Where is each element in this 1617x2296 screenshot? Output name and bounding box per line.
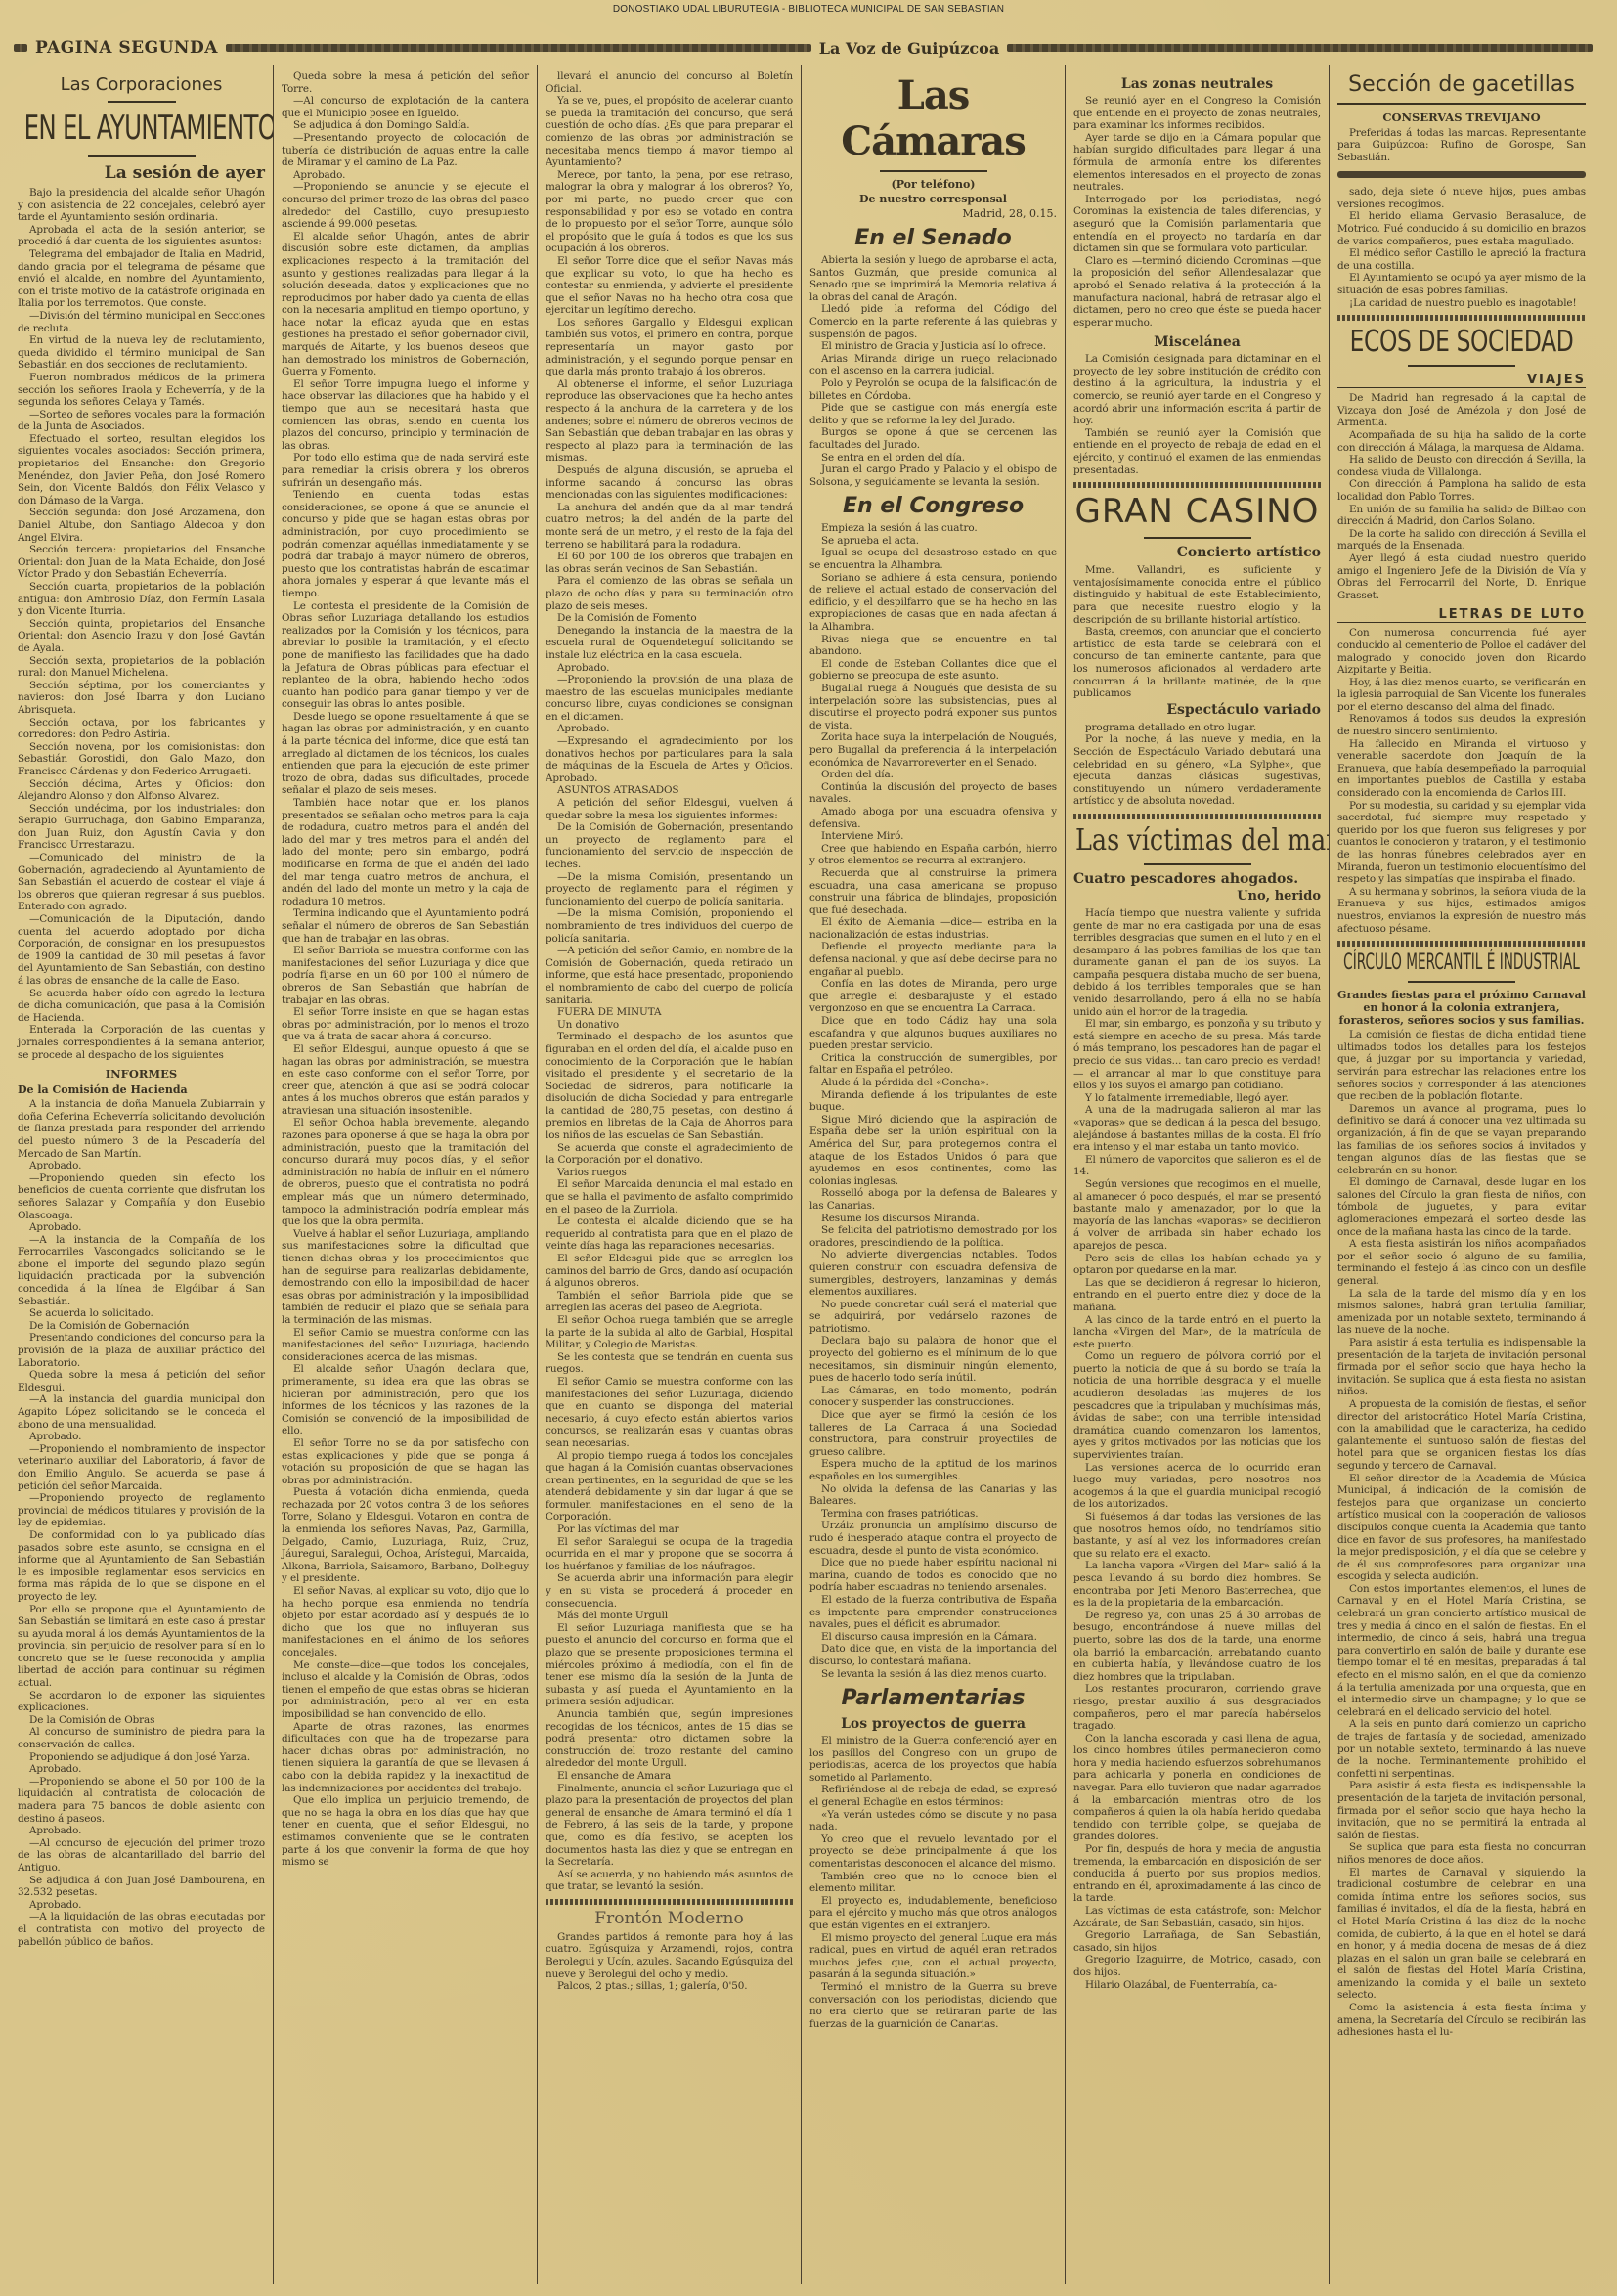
paragraph: Hoy, á las diez menos cuarto, se verific…	[1337, 677, 1586, 714]
paragraph: Como la asistencia á esta fiesta íntima …	[1337, 2002, 1586, 2039]
paragraph: —Comunicado del ministro de la Gobernaci…	[18, 852, 265, 913]
gacetillas-title: Sección de gacetillas	[1337, 72, 1586, 97]
headline-ayuntamiento: EN EL AYUNTAMIENTO	[24, 107, 259, 150]
paragraph: De la Comisión de Fomento	[546, 612, 793, 625]
paragraph: Bajo la presidencia del alcalde señor Uh…	[18, 187, 265, 224]
congreso-title: En el Congreso	[809, 494, 1057, 518]
paragraph: El señor Luzuriaga manifiesta que se ha …	[546, 1622, 793, 1708]
paragraph: El ministro de la Guerra conferenció aye…	[809, 1735, 1057, 1784]
paragraph: ASUNTOS ATRASADOS	[546, 784, 793, 797]
paragraph: A una de la madrugada salieron al mar la…	[1073, 1104, 1321, 1153]
paragraph: El alcalde señor Uhagón, antes de abrir …	[282, 231, 529, 378]
newspaper-name: La Voz de Guipúzcoa	[819, 39, 999, 58]
paragraph: Miranda defiende á los tripulantes de es…	[809, 1089, 1057, 1114]
article-body: Con numerosa concurrencia fué ayer condu…	[1337, 627, 1586, 935]
concierto-title: Concierto artístico	[1073, 545, 1321, 560]
paragraph: Sección séptima, por los comerciantes y …	[18, 680, 265, 717]
article-body: llevará el anuncio del concurso al Bolet…	[546, 70, 793, 1893]
paragraph: Ya se ve, pues, el propósito de acelerar…	[546, 95, 793, 169]
paragraph: De regreso ya, con unas 25 á 30 arrobas …	[1073, 1610, 1321, 1684]
paragraph: El alcalde señor Uhagón declara que, pri…	[282, 1363, 529, 1437]
paragraph: —Sorteo de señores vocales para la forma…	[18, 409, 265, 433]
paragraph: Se les contesta que se tendrán en cuenta…	[546, 1351, 793, 1376]
senado-title: En el Senado	[809, 226, 1057, 250]
article-body: Queda sobre la mesa á petición del señor…	[282, 70, 529, 1869]
paragraph: También creo que no lo conoce bien el el…	[809, 1871, 1057, 1895]
divider	[1408, 365, 1515, 367]
paragraph: Recuerda que al construirse la primera e…	[809, 867, 1057, 916]
paragraph: Telegrama del embajador de Italia en Mad…	[18, 248, 265, 310]
paragraph: Ayer tarde se dijo en la Cámara popular …	[1073, 132, 1321, 194]
paragraph: A la instancia de doña Manuela Zubiarrai…	[18, 1098, 265, 1160]
paragraph: Las Cámaras, en todo momento, podrán con…	[809, 1385, 1057, 1409]
paragraph: El señor Torre insiste en que se hagan e…	[282, 1006, 529, 1043]
paragraph: Critica la construcción de sumergibles, …	[809, 1052, 1057, 1077]
parlamentarias-subhead: Los proyectos de guerra	[809, 1716, 1057, 1732]
paragraph: Soriano se adhiere á esta censura, ponie…	[809, 572, 1057, 634]
paragraph: Se levanta la sesión á las diez menos cu…	[809, 1668, 1057, 1681]
paragraph: Sección décima, Artes y Oficios: don Ale…	[18, 778, 265, 803]
paragraph: Sección octava, por los fabricantes y co…	[18, 717, 265, 741]
paragraph: Se acuerda haber oído con agrado la lect…	[18, 988, 265, 1025]
zonas-title: Las zonas neutrales	[1073, 76, 1321, 92]
paragraph: Según versiones que recogimos en el muel…	[1073, 1178, 1321, 1253]
paragraph: FUERA DE MINUTA	[546, 1006, 793, 1019]
paragraph: De la Comisión de Gobernación	[18, 1320, 265, 1333]
column-3: llevará el anuncio del concurso al Bolet…	[538, 65, 802, 2284]
paragraph: Que ello implica un perjuicio tremendo, …	[282, 1794, 529, 1869]
paragraph: Varios ruegos	[546, 1167, 793, 1179]
paragraph: Defiende el proyecto mediante para la de…	[809, 941, 1057, 978]
paragraph: «Ya verán ustedes cómo se discute y no p…	[809, 1809, 1057, 1833]
masthead: PAGINA SEGUNDA La Voz de Guipúzcoa	[14, 37, 1593, 59]
paragraph: Mme. Vallandri, es suficiente y ventajos…	[1073, 564, 1321, 626]
paragraph: Enterada la Corporación de las cuentas y…	[18, 1024, 265, 1061]
paragraph: Sección segunda: don José Arozamena, don…	[18, 507, 265, 544]
paragraph: El señor Camio se muestra conforme con l…	[282, 1327, 529, 1364]
paragraph: El señor Navas, al explicar su voto, dij…	[282, 1585, 529, 1659]
luto-title: LETRAS DE LUTO	[1337, 607, 1586, 623]
wavy-divider	[1073, 482, 1321, 488]
paragraph: Dice que ayer se firmó la cesión de los …	[809, 1409, 1057, 1458]
paragraph: Con dirección á Pamplona ha salido de es…	[1337, 478, 1586, 503]
article-body: La comisión de fiestas de dicha entidad …	[1337, 1029, 1586, 2039]
paragraph: La sala de la tarde del mismo día y en l…	[1337, 1288, 1586, 1337]
paragraph: programa detallado en otro lugar.	[1073, 722, 1321, 734]
paragraph: A las cinco de la tarde entró en el puer…	[1073, 1314, 1321, 1351]
paragraph: Cree que habiendo en España carbón, hier…	[809, 843, 1057, 867]
paragraph: El domingo de Carnaval, desde lugar en l…	[1337, 1176, 1586, 1238]
paragraph: En unión de su familia ha salido de Bilb…	[1337, 504, 1586, 528]
divider	[88, 155, 196, 157]
paragraph: A esta fiesta asistirán los niños acompa…	[1337, 1238, 1586, 1287]
paragraph: Aprobado.	[18, 1160, 265, 1172]
paragraph: Aprobada el acta de la sesión anterior, …	[18, 224, 265, 248]
article-body: Bajo la presidencia del alcalde señor Uh…	[18, 187, 265, 1061]
column-6: Sección de gacetillas CONSERVAS TREVIJAN…	[1330, 65, 1594, 2284]
paragraph: Después de alguna discusión, se aprueba …	[546, 464, 793, 502]
paragraph: Termina con frases patrióticas.	[809, 1508, 1057, 1521]
paragraph: A la seis en punto dará comienzo un capr…	[1337, 1718, 1586, 1780]
paragraph: Se adjudica á don Domingo Saldía.	[282, 119, 529, 132]
paragraph: Zorita hace suya la interpelación de Nou…	[809, 731, 1057, 769]
article-body: Mme. Vallandri, es suficiente y ventajos…	[1073, 564, 1321, 700]
paragraph: Basta, creemos, con anunciar que el conc…	[1073, 626, 1321, 700]
thick-divider	[1337, 171, 1586, 178]
paragraph: Espera mucho de la aptitud de los marino…	[809, 1458, 1057, 1482]
article-body: La Comisión designada para dictaminar en…	[1073, 353, 1321, 476]
paragraph: Bugallal ruega á Nougués que desista de …	[809, 683, 1057, 731]
paragraph: De la corte ha salido con dirección á Se…	[1337, 528, 1586, 552]
paragraph: Presentando condiciones del concurso par…	[18, 1332, 265, 1369]
paragraph: llevará el anuncio del concurso al Bolet…	[546, 70, 793, 95]
paragraph: Denegando la instancia de la maestra de …	[546, 625, 793, 662]
paragraph: Con estos importantes elementos, el lune…	[1337, 1583, 1586, 1719]
paragraph: Se entra en el orden del día.	[809, 452, 1057, 464]
paragraph: Las víctimas de esta catástrofe, son: Me…	[1073, 1905, 1321, 1929]
paragraph: Con la lancha escorada y casi llena de a…	[1073, 1733, 1321, 1843]
paragraph: Para asistir á esta fiesta es indispensa…	[1337, 1780, 1586, 1841]
paragraph: Sección tercera: propietarios del Ensanc…	[18, 544, 265, 581]
paragraph: Rivas niega que se encuentre en tal aban…	[809, 634, 1057, 658]
paragraph: —Proponiendo queden sin efecto los benef…	[18, 1172, 265, 1221]
paragraph: Termina indicando que el Ayuntamiento po…	[282, 907, 529, 945]
paragraph: Aprobado.	[546, 723, 793, 735]
paragraph: Confía en las dotes de Miranda, pero urg…	[809, 978, 1057, 1015]
paragraph: —De la misma Comisión, presentando un pr…	[546, 871, 793, 908]
paragraph: Claro es —terminó diciendo Corominas —qu…	[1073, 255, 1321, 330]
fronton-title: Frontón Moderno	[546, 1909, 793, 1928]
paragraph: Yo creo que el revuelo levantado por el …	[809, 1833, 1057, 1871]
paragraph: —De la misma Comisión, proponiendo el no…	[546, 907, 793, 945]
paragraph: Se acuerda que conste el agradecimiento …	[546, 1142, 793, 1167]
paragraph: Renovamos á todos sus deudos la expresió…	[1337, 713, 1586, 737]
paragraph: Las que se decidieron á regresar lo hici…	[1073, 1277, 1321, 1314]
paragraph: La anchura del andén que da al mar tendr…	[546, 502, 793, 551]
paragraph: El señor Ochoa habla brevemente, alegand…	[282, 1117, 529, 1227]
column-5: Las zonas neutrales Se reunió ayer en el…	[1066, 65, 1330, 2284]
paragraph: Proponiendo se adjudique á don José Yarz…	[18, 1751, 265, 1764]
paragraph: El señor Torre no se da por satisfecho c…	[282, 1437, 529, 1486]
paragraph: El conde de Esteban Collantes dice que e…	[809, 658, 1057, 683]
paragraph: Gregorio Larrañaga, de San Sebastián, ca…	[1073, 1929, 1321, 1954]
paragraph: Por todo ello estima que de nada servirá…	[282, 452, 529, 489]
circulo-title: CÍRCULO MERCANTIL É INDUSTRIAL	[1342, 950, 1581, 975]
paragraph: Abierta la sesión y luego de aprobarse e…	[809, 254, 1057, 303]
paragraph: Fueron nombrados médicos de la primera s…	[18, 372, 265, 409]
paragraph: El proyecto es, indudablemente, benefici…	[809, 1895, 1057, 1932]
divider	[1408, 981, 1515, 983]
paragraph: Los señores Gargallo y Eldesgui explican…	[546, 317, 793, 378]
paragraph: Teniendo en cuenta todas estas considera…	[282, 489, 529, 599]
paragraph: Se suplica que para esta fiesta no concu…	[1337, 1841, 1586, 1866]
paragraph: Sección quinta, propietarios del Ensanch…	[18, 618, 265, 655]
paragraph: Más del monte Urgull	[546, 1610, 793, 1622]
paragraph: Se acuerda lo solicitado.	[18, 1307, 265, 1320]
paragraph: La Comisión designada para dictaminar en…	[1073, 353, 1321, 427]
paragraph: Las versiones acerca de lo ocurrido eran…	[1073, 1462, 1321, 1511]
article-body: programa detallado en otro lugar.Por la …	[1073, 722, 1321, 808]
paragraph: Aprobado.	[18, 1763, 265, 1776]
masthead-rule	[14, 44, 27, 52]
paragraph: El ministro de Gracia y Justicia así lo …	[809, 340, 1057, 353]
paragraph: Por la noche, á las nueve y media, en la…	[1073, 733, 1321, 808]
paragraph: Se acuerda abrir una información para el…	[546, 1572, 793, 1610]
paragraph: No puede concretar cuál será el material…	[809, 1299, 1057, 1336]
paragraph: Finalmente, anuncia el señor Luzuriaga q…	[546, 1783, 793, 1869]
paragraph: Urzáiz pronuncia un amplísimo discurso d…	[809, 1520, 1057, 1557]
victimas-subhead-2: Uno, herido	[1073, 889, 1321, 904]
paragraph: Vuelve á hablar el señor Luzuriaga, ampl…	[282, 1228, 529, 1327]
paragraph: Sigue Miró diciendo que la aspiración de…	[809, 1114, 1057, 1188]
paragraph: Terminado el despacho de los asuntos que…	[546, 1031, 793, 1141]
paragraph: El señor Torre dice que el señor Navas m…	[546, 255, 793, 317]
paragraph: El señor Camio se muestra conforme con l…	[546, 1376, 793, 1450]
paragraph: También el señor Barriola pide que se ar…	[546, 1290, 793, 1314]
paragraph: —Al concurso de explotación de la canter…	[282, 95, 529, 119]
paragraph: Al concurso de suministro de piedra para…	[18, 1726, 265, 1750]
paragraph: El Ayuntamiento se ocupó ya ayer mismo d…	[1337, 272, 1586, 296]
paragraph: El mar, sin embargo, es ponzoña y su tri…	[1073, 1018, 1321, 1092]
paragraph: El 60 por 100 de los obreros que trabaje…	[546, 551, 793, 575]
wavy-divider	[1337, 315, 1586, 321]
paragraph: Ayer llegó á esta ciudad nuestro querido…	[1337, 552, 1586, 601]
paragraph: De Madrid han regresado á la capital de …	[1337, 392, 1586, 429]
paragraph: Se aprueba el acta.	[809, 535, 1057, 548]
paragraph: El señor director de la Academia de Músi…	[1337, 1473, 1586, 1583]
paragraph: Un donativo	[546, 1019, 793, 1032]
paragraph: Aprobado.	[18, 1431, 265, 1443]
paragraph: Continúa la discusión del proyecto de ba…	[809, 781, 1057, 806]
paragraph: —Comunicación de la Diputación, dando cu…	[18, 913, 265, 988]
paragraph: —Proponiendo se abone el 50 por 100 de l…	[18, 1776, 265, 1825]
paragraph: Declara bajo su palabra de honor que el …	[809, 1335, 1057, 1384]
article-body: Empieza la sesión á las cuatro.Se aprueb…	[809, 522, 1057, 1680]
paragraph: Queda sobre la mesa á petición del señor…	[282, 70, 529, 95]
miscelanea-title: Miscelánea	[1073, 334, 1321, 350]
paragraph: Ha salido de Deusto con dirección á Sevi…	[1337, 454, 1586, 478]
paragraph: Amado aboga por una escuadra ofensiva y …	[809, 806, 1057, 830]
article-body: De Madrid han regresado á la capital de …	[1337, 392, 1586, 601]
paragraph: Pide que se castigue con más energía est…	[809, 402, 1057, 426]
article-body: Hacía tiempo que nuestra valiente y sufr…	[1073, 907, 1321, 1991]
paragraph: No advierte divergencias notables. Todos…	[809, 1249, 1057, 1298]
paragraph: Aprobado.	[546, 662, 793, 675]
ad-text: Preferidas á todas las marcas. Represent…	[1337, 127, 1586, 164]
paragraph: —Presentando proyecto de colocación de t…	[282, 132, 529, 169]
divider	[1337, 103, 1586, 105]
paragraph: Para el comienzo de las obras se señala …	[546, 575, 793, 612]
paragraph: A propuesta de la comisión de fiestas, e…	[1337, 1398, 1586, 1473]
paragraph: El médico señor Castillo le apreció la f…	[1337, 247, 1586, 272]
article-body: El ministro de la Guerra conferenció aye…	[809, 1735, 1057, 2030]
por-telefono: (Por teléfono)	[809, 178, 1057, 191]
paragraph: ¡La caridad de nuestro pueblo es inagota…	[1337, 297, 1586, 310]
paragraph: Interrogado por los periodistas, negó Co…	[1073, 194, 1321, 255]
paragraph: —A la liquidación de las obras ejecutada…	[18, 1911, 265, 1948]
divider	[108, 101, 176, 103]
paragraph: Le contesta el presidente de la Comisión…	[282, 600, 529, 711]
paragraph: También hace notar que en los planos pre…	[282, 797, 529, 907]
paragraph: Burgos se opone á que se cercenen las fa…	[809, 426, 1057, 451]
section-kicker: Las Corporaciones	[18, 74, 265, 95]
paragraph: Daremos un avance al programa, pues lo d…	[1337, 1103, 1586, 1177]
page-label: PAGINA SEGUNDA	[35, 38, 218, 58]
paragraph: En virtud de la nueva ley de reclutamien…	[18, 334, 265, 372]
paragraph: Terminó el ministro de la Guerra su brev…	[809, 1981, 1057, 2030]
paragraph: Polo y Peyrolón se ocupa de la falsifica…	[809, 377, 1057, 402]
paragraph: Para asistir á esta tertulia es indispen…	[1337, 1337, 1586, 1398]
corresponsal: De nuestro corresponsal	[809, 193, 1057, 205]
paragraph: —Expresando el agradecimiento por los do…	[546, 735, 793, 784]
dateline: Madrid, 28, 0.15.	[809, 207, 1057, 220]
paragraph: Al obtenerse el informe, el señor Luzuri…	[546, 378, 793, 464]
divider	[880, 170, 987, 172]
paragraph: Se acordaron lo de exponer las siguiente…	[18, 1690, 265, 1714]
paragraph: Pero seis de ellas los habían echado ya …	[1073, 1253, 1321, 1277]
paragraph: Palcos, 2 ptas.; sillas, 1; galería, 0'5…	[546, 1980, 793, 1993]
paragraph: De la Comisión de Obras	[18, 1714, 265, 1727]
paragraph: El mismo proyecto del general Luque era …	[809, 1932, 1057, 1981]
paragraph: La lancha vapora «Virgen del Mar» salió …	[1073, 1560, 1321, 1609]
paragraph: Juran el cargo Prado y Palacio y el obis…	[809, 464, 1057, 488]
paragraph: Con numerosa concurrencia fué ayer condu…	[1337, 627, 1586, 676]
paragraph: Grandes partidos á remonte para hoy á la…	[546, 1931, 793, 1980]
paragraph: Interviene Miró.	[809, 830, 1057, 843]
paragraph: Aprobado.	[18, 1825, 265, 1837]
paragraph: Efectuado el sorteo, resultan elegidos l…	[18, 433, 265, 508]
paragraph: Puesta á votación dicha enmienda, queda …	[282, 1486, 529, 1585]
viajes-title: VIAJES	[1337, 373, 1586, 388]
paragraph: Orden del día.	[809, 769, 1057, 781]
headline-camaras: Las Cámaras	[809, 72, 1057, 164]
paragraph: Me conste—dice—que todos los concejales,…	[282, 1659, 529, 1721]
wavy-divider	[1337, 941, 1586, 947]
paragraph: El señor Marcaida denuncia el mal estado…	[546, 1178, 793, 1215]
paragraph: Se reunió ayer en el Congreso la Comisió…	[1073, 95, 1321, 132]
paragraph: Por fin, después de hora y media de angu…	[1073, 1843, 1321, 1905]
paragraph: El señor Ochoa ruega también que se arre…	[546, 1314, 793, 1351]
parlamentarias-title: Parlamentarias	[809, 1686, 1057, 1710]
article-body: A la instancia de doña Manuela Zubiarrai…	[18, 1098, 265, 1948]
paragraph: Por ello se propone que el Ayuntamiento …	[18, 1604, 265, 1690]
newspaper-page: Las Corporaciones EN EL AYUNTAMIENTO La …	[10, 65, 1594, 2284]
paragraph: Si fuésemos á dar todas las versiones de…	[1073, 1511, 1321, 1560]
wavy-divider	[546, 1899, 793, 1905]
paragraph: Merece, por tanto, la pena, por ese retr…	[546, 169, 793, 255]
circulo-subhead: Grandes fiestas para el próximo Carnaval…	[1337, 989, 1586, 1027]
paragraph: El señor Saralegui se ocupa de la traged…	[546, 1536, 793, 1573]
paragraph: —División del término municipal en Secci…	[18, 310, 265, 334]
paragraph: Le contesta el alcalde diciendo que se h…	[546, 1215, 793, 1253]
paragraph: Desde luego se opone resueltamente á que…	[282, 711, 529, 797]
masthead-rule	[226, 44, 811, 52]
paragraph: Como un reguero de pólvora corrió por el…	[1073, 1350, 1321, 1461]
paragraph: Queda sobre la mesa á petición del señor…	[18, 1369, 265, 1393]
hacienda-title: De la Comisión de Hacienda	[18, 1083, 265, 1096]
ad-title: CONSERVAS TREVIJANO	[1337, 110, 1586, 124]
paragraph: Aprobado.	[18, 1899, 265, 1912]
paragraph: De la Comisión de Gobernación, presentan…	[546, 821, 793, 870]
paragraph: Empieza la sesión á las cuatro.	[809, 522, 1057, 535]
paragraph: Por las víctimas del mar	[546, 1523, 793, 1536]
paragraph: Sección cuarta, propietarios de la pobla…	[18, 581, 265, 618]
paragraph: El señor Barriola se muestra conforme co…	[282, 945, 529, 1006]
paragraph: Hacía tiempo que nuestra valiente y sufr…	[1073, 907, 1321, 1018]
paragraph: Lledó pide la reforma del Código del Com…	[809, 303, 1057, 340]
paragraph: Alude á la pérdida del «Concha».	[809, 1077, 1057, 1089]
paragraph: Anuncia también que, según impresiones r…	[546, 1708, 793, 1770]
column-4: Las Cámaras (Por teléfono) De nuestro co…	[802, 65, 1066, 2284]
divider	[1144, 863, 1251, 865]
paragraph: —Proponiendo el nombramiento de inspecto…	[18, 1443, 265, 1492]
archive-banner: DONOSTIAKO UDAL LIBURUTEGIA - BIBLIOTECA…	[0, 4, 1617, 15]
victimas-subhead: Cuatro pescadores ahogados.	[1073, 871, 1321, 887]
paragraph: El señor Eldesgui pide que se arreglen l…	[546, 1253, 793, 1290]
paragraph: Ha fallecido en Miranda el virtuoso y ve…	[1337, 738, 1586, 800]
paragraph: Aprobado.	[282, 169, 529, 182]
paragraph: El martes de Carnaval y siguiendo la tra…	[1337, 1867, 1586, 2003]
espectaculo-title: Espectáculo variado	[1073, 702, 1321, 718]
paragraph: El ensanche de Amara	[546, 1770, 793, 1783]
paragraph: De conformidad con lo ya publicado días …	[18, 1529, 265, 1604]
column-1: Las Corporaciones EN EL AYUNTAMIENTO La …	[10, 65, 274, 2284]
subhead-sesion: La sesión de ayer	[18, 163, 265, 183]
article-body: Grandes partidos á remonte para hoy á la…	[546, 1931, 793, 1993]
paragraph: —Proponiendo la provisión de una plaza d…	[546, 674, 793, 723]
paragraph: La comisión de fiestas de dicha entidad …	[1337, 1029, 1586, 1103]
paragraph: —A la instancia de la Compañía de los Fe…	[18, 1234, 265, 1308]
paragraph: Sección undécima, por los industriales: …	[18, 803, 265, 852]
paragraph: A petición del señor Eldesgui, vuelven á…	[546, 797, 793, 821]
casino-title: GRAN CASINO	[1073, 492, 1321, 531]
paragraph: El discurso causa impresión en la Cámara…	[809, 1631, 1057, 1644]
article-body: Abierta la sesión y luego de aprobarse e…	[809, 254, 1057, 488]
paragraph: Sección sexta, propietarios de la poblac…	[18, 655, 265, 680]
paragraph: El herido ellama Gervasio Berasaluce, de…	[1337, 210, 1586, 247]
paragraph: A su hermana y sobrinos, la señora viuda…	[1337, 886, 1586, 935]
paragraph: Gregorio Izaguirre, de Motrico, casado, …	[1073, 1954, 1321, 1978]
paragraph: Rosselló aboga por la defensa de Baleare…	[809, 1187, 1057, 1212]
paragraph: Sección novena, por los comisionistas: d…	[18, 741, 265, 778]
paragraph: —Al concurso de ejecución del primer tro…	[18, 1837, 265, 1875]
paragraph: El señor Torre impugna luego el informe …	[282, 378, 529, 453]
paragraph: sado, deja siete ó nueve hijos, pues amb…	[1337, 186, 1586, 210]
informes-title: INFORMES	[18, 1067, 265, 1081]
paragraph: Por su modestia, su caridad y su ejempla…	[1337, 800, 1586, 886]
paragraph: Igual se ocupa del desastroso estado en …	[809, 547, 1057, 571]
paragraph: Dice que en todo Cádiz hay una sola esca…	[809, 1015, 1057, 1052]
paragraph: No olvida la defensa de las Canarias y l…	[809, 1483, 1057, 1508]
paragraph: Aprobado.	[18, 1221, 265, 1234]
paragraph: —Proponiendo se anuncie y se ejecute el …	[282, 181, 529, 230]
paragraph: Dato dice que, en vista de la importanci…	[809, 1643, 1057, 1667]
article-body: Se reunió ayer en el Congreso la Comisió…	[1073, 95, 1321, 329]
paragraph: Acompañada de su hija ha salido de la co…	[1337, 429, 1586, 454]
divider	[1144, 537, 1251, 539]
article-body: sado, deja siete ó nueve hijos, pues amb…	[1337, 186, 1586, 309]
paragraph: Dice que no puede haber espíritu naciona…	[809, 1557, 1057, 1594]
paragraph: El estado de la fuerza contributiva de E…	[809, 1594, 1057, 1631]
paragraph: —A petición del señor Camio, en nombre d…	[546, 945, 793, 1006]
paragraph: También se reunió ayer la Comisión que e…	[1073, 427, 1321, 476]
paragraph: —A la instancia del guardia municipal do…	[18, 1393, 265, 1431]
wavy-divider	[1073, 814, 1321, 819]
paragraph: Se adjudica á don Juan José Dambourena, …	[18, 1875, 265, 1899]
paragraph: Arias Miranda dirige un ruego relacionad…	[809, 353, 1057, 377]
paragraph: Así se acuerda, y no habiendo más asunto…	[546, 1869, 793, 1893]
paragraph: El señor Eldesgui, aunque opuesto á que …	[282, 1043, 529, 1118]
